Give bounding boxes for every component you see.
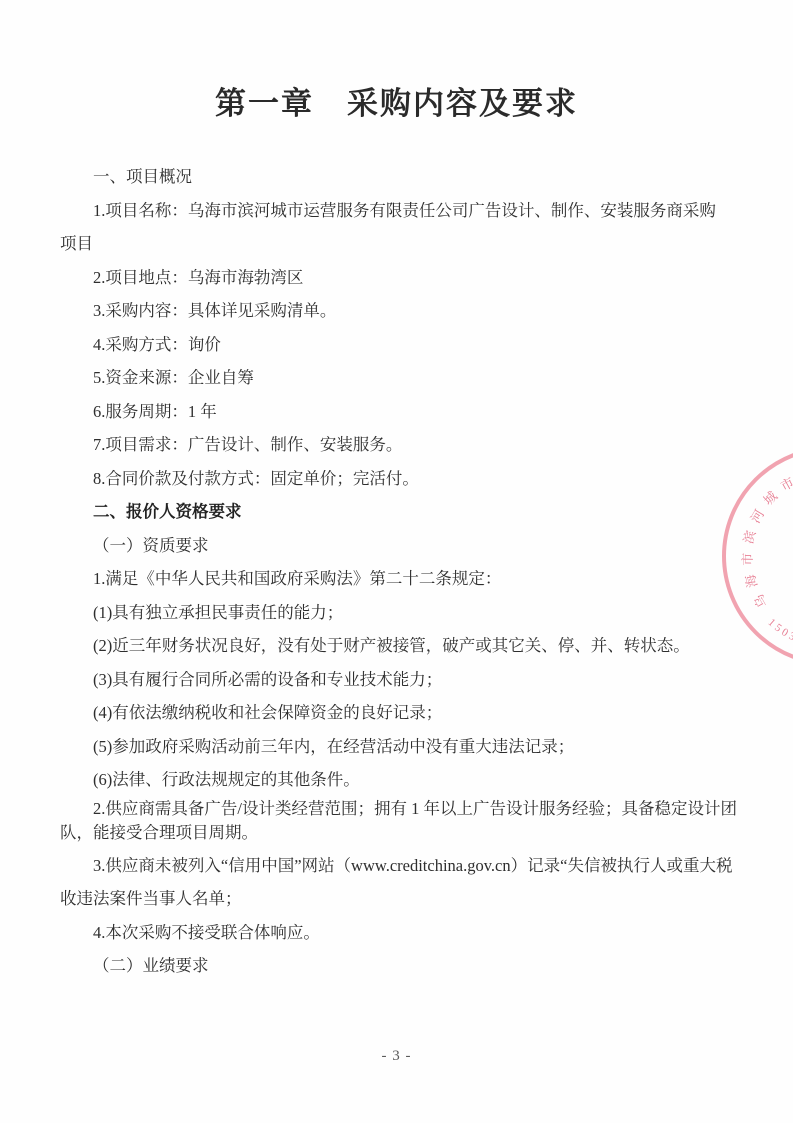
paragraph-project-requirements: 7.项目需求：广告设计、制作、安装服务。 [60,428,750,462]
document-body: 一、项目概况 1.项目名称：乌海市滨河城市运营服务有限责任公司广告设计、制作、安… [60,160,750,983]
paragraph-section-1: 一、项目概况 [60,160,750,194]
paragraph-procurement-method: 4.采购方式：询价 [60,328,750,362]
paragraph-procurement-content: 3.采购内容：具体详见采购清单。 [60,294,750,328]
page-number: - 3 - [0,1048,793,1065]
paragraph-condition-3: (3)具有履行合同所必需的设备和专业技术能力； [60,663,750,697]
paragraph-condition-6: (6)法律、行政法规规定的其他条件。 [60,763,750,797]
document-page: 第一章 采购内容及要求 一、项目概况 1.项目名称：乌海市滨河城市运营服务有限责… [0,0,793,1123]
paragraph-funding-source: 5.资金来源：企业自筹 [60,361,750,395]
paragraph-service-period: 6.服务周期：1 年 [60,395,750,429]
paragraph-qualification-heading: （一）资质要求 [60,529,750,563]
paragraph-section-2: 二、报价人资格要求 [60,495,750,529]
chapter-title: 第一章 采购内容及要求 [0,78,793,123]
paragraph-condition-1: (1)具有独立承担民事责任的能力； [60,596,750,630]
paragraph-condition-2: (2)近三年财务状况良好，没有处于财产被接管，破产或其它关、停、并、转状态。 [60,629,750,663]
paragraph-condition-4: (4)有依法缴纳税收和社会保障资金的良好记录； [60,696,750,730]
paragraph-contract-payment: 8.合同价款及付款方式：固定单价；完活付。 [60,462,750,496]
paragraph-project-name: 1.项目名称：乌海市滨河城市运营服务有限责任公司广告设计、制作、安装服务商采购 … [60,194,750,261]
paragraph-supplier-scope: 2.供应商需具备广告/设计类经营范围；拥有 1 年以上广告设计服务经验；具备稳定… [60,797,750,845]
paragraph-law-article22: 1.满足《中华人民共和国政府采购法》第二十二条规定： [60,562,750,596]
paragraph-no-consortium: 4.本次采购不接受联合体响应。 [60,916,750,950]
paragraph-creditchina: 3.供应商未被列入“信用中国”网站（www.creditchina.gov.cn… [60,849,750,916]
seal-serial-number: 15031 [766,616,793,647]
paragraph-condition-5: (5)参加政府采购活动前三年内，在经营活动中没有重大违法记录； [60,730,750,764]
paragraph-project-location: 2.项目地点：乌海市海勃湾区 [60,261,750,295]
paragraph-performance-heading: （二）业绩要求 [60,949,750,983]
svg-text:15031: 15031 [766,616,793,647]
